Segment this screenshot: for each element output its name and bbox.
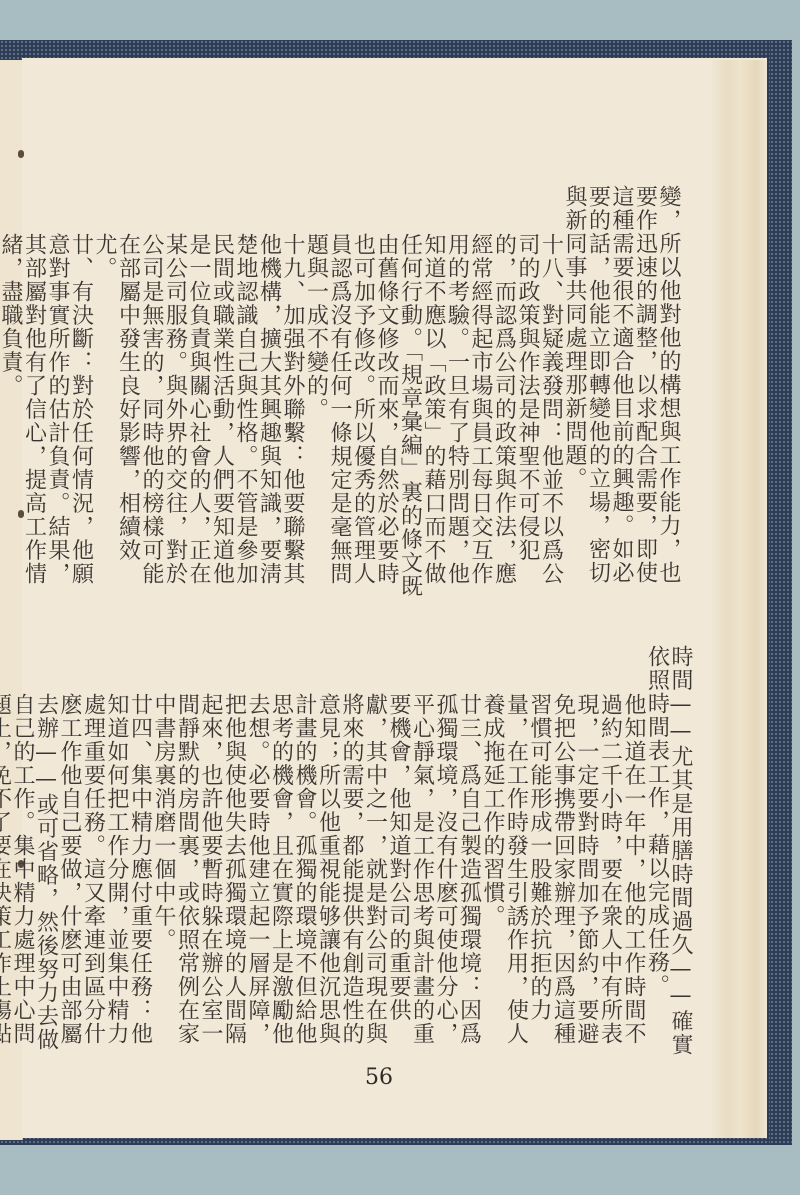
top-text-block: 變，所以他對他的構想與工作能力，也要作迅速的調整，以求配合需要，即使這種需要很不… xyxy=(0,185,680,605)
paragraph-item-24: 廿四、集中精力應付重要任務：他知道如何把工作分開，並集中精力處理重要任務。這又牽… xyxy=(0,645,152,1065)
paragraph-item-19: 十九、加强對外聯繫：他要聯繫其他機構，擴大其興趣與知識，要淸楚地認識自己與性格。… xyxy=(93,185,305,605)
paragraph-continuation: 時間——尤其是用膳時間過久——確實依照時間表工作，藉以完成任務。 xyxy=(645,645,692,1065)
paragraph-continuation: 變，所以他對他的構想與工作能力，也要作迅速的調整，以求配合需要，即使這種需要很不… xyxy=(563,185,681,605)
page-fore-edge xyxy=(712,60,767,1138)
bottom-text-block: 時間——尤其是用膳時間過久——確實依照時間表工作，藉以完成任務。 他知道在一年中… xyxy=(0,645,692,1065)
background-bottom xyxy=(0,1145,800,1195)
book-cover-edge xyxy=(770,40,792,1145)
paragraph-time-saving: 他知道在一年中，他的工作時間不過約二千小時，要在衆人中有所表現，一定要對時間加予… xyxy=(481,645,646,1065)
paragraph-item-20: 廿、有決斷：對於任何情況，他願意對事實所作的估計負責。結果，其部屬對他有了信心，… xyxy=(0,185,93,605)
paragraph-item-23: 廿三、爲自己製造孤獨環境：因爲孤獨環境，沒有什麽可使他分心，平心靜氣，是工作思考… xyxy=(152,645,481,1065)
paragraph-item-18: 十八、對疑義發問：他並不以爲公司的政策與作法是神聖不可侵犯的，而認爲公司的政策與… xyxy=(304,185,563,605)
binding-hole xyxy=(18,150,24,158)
page-number: 56 xyxy=(365,1065,393,1090)
